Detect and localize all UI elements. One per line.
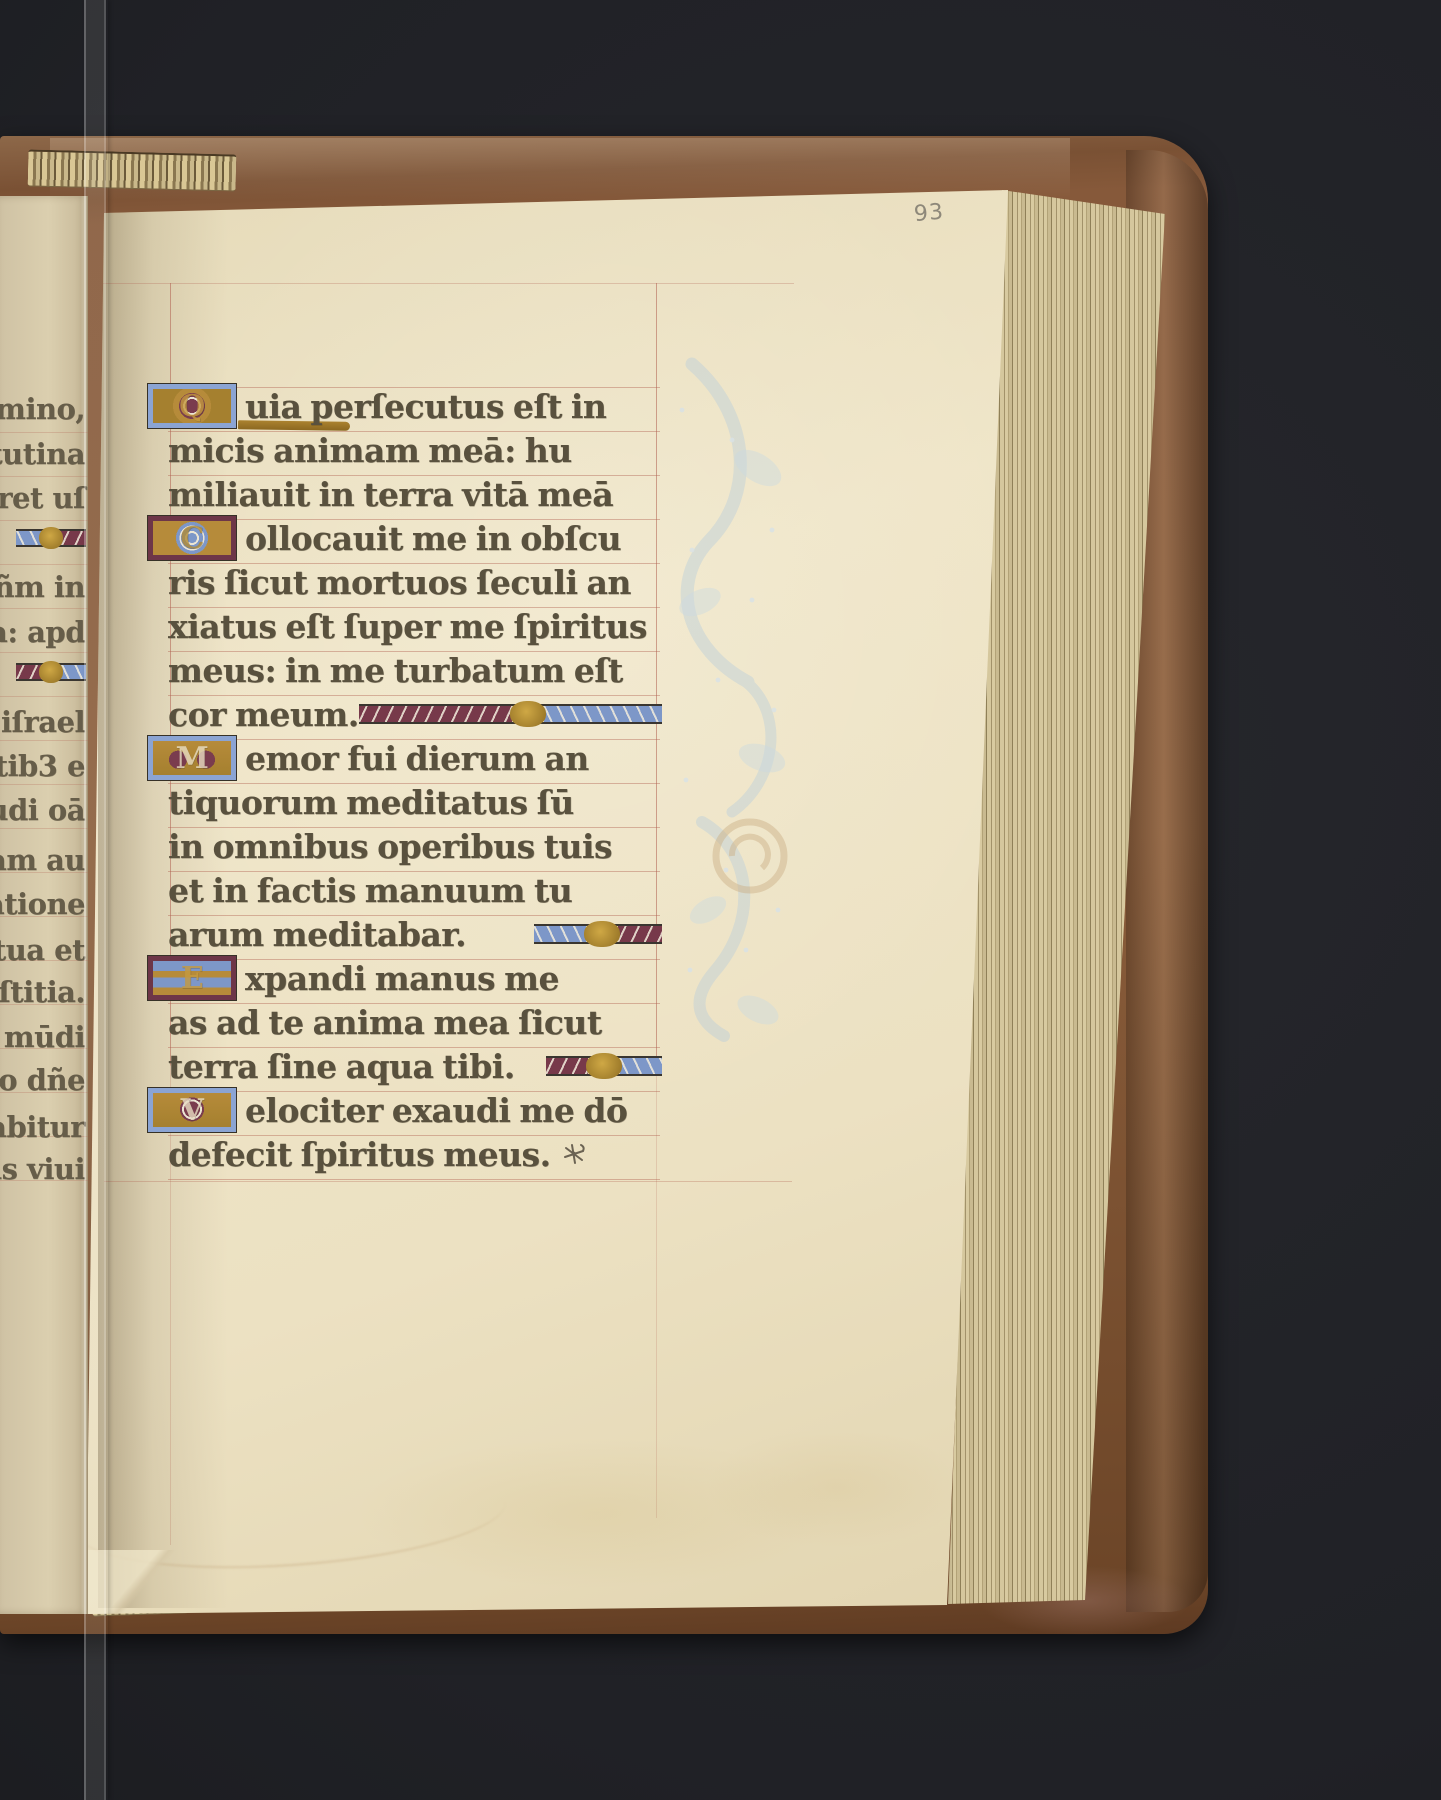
photo-stage: 93 Q uia perſecutus eſt in micis animam … (0, 0, 1441, 1800)
filler-gold-boss (39, 527, 64, 549)
illuminated-initial: M (148, 736, 236, 780)
filler-blue-segment (16, 531, 41, 545)
filler-gold-boss (39, 661, 64, 683)
line-filler (16, 663, 86, 681)
line-text: in omnibus operibus tuis (168, 827, 612, 866)
endband-top (28, 149, 237, 191)
line-text: defecit ſpiritus meus. (168, 1135, 551, 1174)
line-text: miliauit in terra vitā meā (168, 475, 613, 514)
illuminated-initial: C (148, 516, 236, 560)
filler-gold-boss (586, 1053, 622, 1079)
parchment-stain (706, 1428, 966, 1548)
filler-blue-segment (620, 1058, 662, 1074)
manuscript-line: arum meditabar. (168, 912, 662, 956)
illuminated-initial: E (148, 956, 236, 1000)
illuminated-initial: V (148, 1088, 236, 1132)
filler-maroon-segment (61, 531, 86, 545)
manuscript-line: Q uia perſecutus eſt in (148, 384, 662, 428)
verso-line-fragment: xaudi oā (0, 793, 85, 827)
line-text: elociter exaudi me dō (245, 1091, 627, 1130)
verso-line-fragment: iuſtitia. (0, 975, 85, 1009)
line-text: tiquorum meditatus ſū (168, 783, 574, 822)
line-text: meus: in me turbatum eſt (168, 651, 623, 690)
verso-page-sliver: domino, atutina ſperet uſ dñm in oſa: ap… (0, 196, 88, 1614)
line-text: xiatus eſt ſuper me ſpiritus (168, 607, 647, 646)
manuscript-line: C ollocauit me in obſcu (148, 516, 662, 560)
filler-blue-segment (534, 926, 586, 942)
line-filler (16, 529, 86, 547)
ruling-top-line (102, 283, 794, 284)
manuscript-line: miliauit in terra vitā meā (168, 472, 662, 516)
verso-line-fragment: tuo dñe (0, 1063, 85, 1097)
line-text: terra ſine aqua tibi. (168, 1047, 515, 1086)
verso-line-fragment: ſperet uſ (0, 481, 85, 515)
verso-line-fragment: oſa: apd (0, 615, 85, 649)
verso-line-fragment: domino, (0, 392, 85, 426)
line-text: micis animam meā: hu (168, 431, 572, 470)
recto-page: 93 Q uia perſecutus eſt in micis animam … (86, 188, 1008, 1616)
line-filler (359, 704, 662, 724)
manuscript-line: ris ſicut mortuos ſeculi an (168, 560, 662, 604)
filler-gold-boss (584, 921, 620, 947)
manuscript-line: micis animam meā: hu (168, 428, 662, 472)
filler-maroon-segment (546, 1058, 588, 1074)
verso-line-fragment: ficabitur (0, 1110, 85, 1144)
manuscript-line: et in factis manuum tu (168, 868, 662, 912)
verso-line-fragment: dñm in (0, 570, 85, 604)
line-text: emor fui dierum an (245, 739, 589, 778)
ruling-text-lines (0, 432, 88, 1224)
manuscript-line: cor meum. (168, 692, 662, 736)
verso-line-fragment: ate tua et (0, 933, 85, 967)
filler-maroon-segment (359, 706, 512, 722)
line-text: arum meditabar. (168, 915, 466, 954)
folio-number: 93 (913, 198, 963, 227)
manuscript-line: terra ſine aqua tibi. (168, 1044, 662, 1088)
manuscript-line: M emor fui dierum an (148, 736, 662, 780)
manuscript-line: as ad te anima mea ſicut (168, 1000, 662, 1044)
line-filler (546, 1056, 662, 1076)
ruling-bottom-line (104, 1181, 792, 1182)
manuscript-line: E xpandi manus me (148, 956, 662, 1000)
manuscript-line: xiatus eſt ſuper me ſpiritus (168, 604, 662, 648)
verso-line-fragment: o ōis viui (0, 1152, 85, 1186)
filler-blue-segment (544, 706, 662, 722)
manuscript-line: meus: in me turbatum eſt (168, 648, 662, 692)
line-text: ollocauit me in obſcu (245, 519, 621, 558)
filler-gold-boss (510, 701, 546, 727)
line-text: as ad te anima mea ſicut (168, 1003, 602, 1042)
line-text: cor meum. (168, 695, 359, 734)
filler-blue-segment (61, 665, 86, 679)
verso-line-fragment: ſecratione (0, 887, 85, 921)
verso-line-fragment: meam au (0, 843, 85, 877)
foliate-border-panel (662, 350, 794, 1042)
line-text: uia perſecutus eſt in (245, 387, 606, 426)
line-text: et in factis manuum tu (168, 871, 572, 910)
penwork-flourish-icon (559, 1139, 589, 1169)
manuscript-line: in omnibus operibus tuis (168, 824, 662, 868)
line-filler (534, 924, 662, 944)
line-text: ris ſicut mortuos ſeculi an (168, 563, 631, 602)
manuscript-line: tiquorum meditatus ſū (168, 780, 662, 824)
verso-line-fragment: atutina (0, 437, 85, 471)
filler-maroon-segment (16, 665, 41, 679)
manuscript-line: V elociter exaudi me dō (148, 1088, 662, 1132)
manuscript-line: defecit ſpiritus meus. (168, 1132, 662, 1176)
illuminated-initial: Q (148, 384, 236, 428)
verso-line-fragment: utatib3 e (0, 749, 85, 783)
verso-line-fragment: es mūdi (0, 1020, 85, 1054)
line-text: xpandi manus me (245, 959, 559, 998)
filler-maroon-segment (618, 926, 662, 942)
verso-line-fragment: net iſrael (0, 705, 85, 739)
acrylic-page-strip (84, 0, 108, 1800)
